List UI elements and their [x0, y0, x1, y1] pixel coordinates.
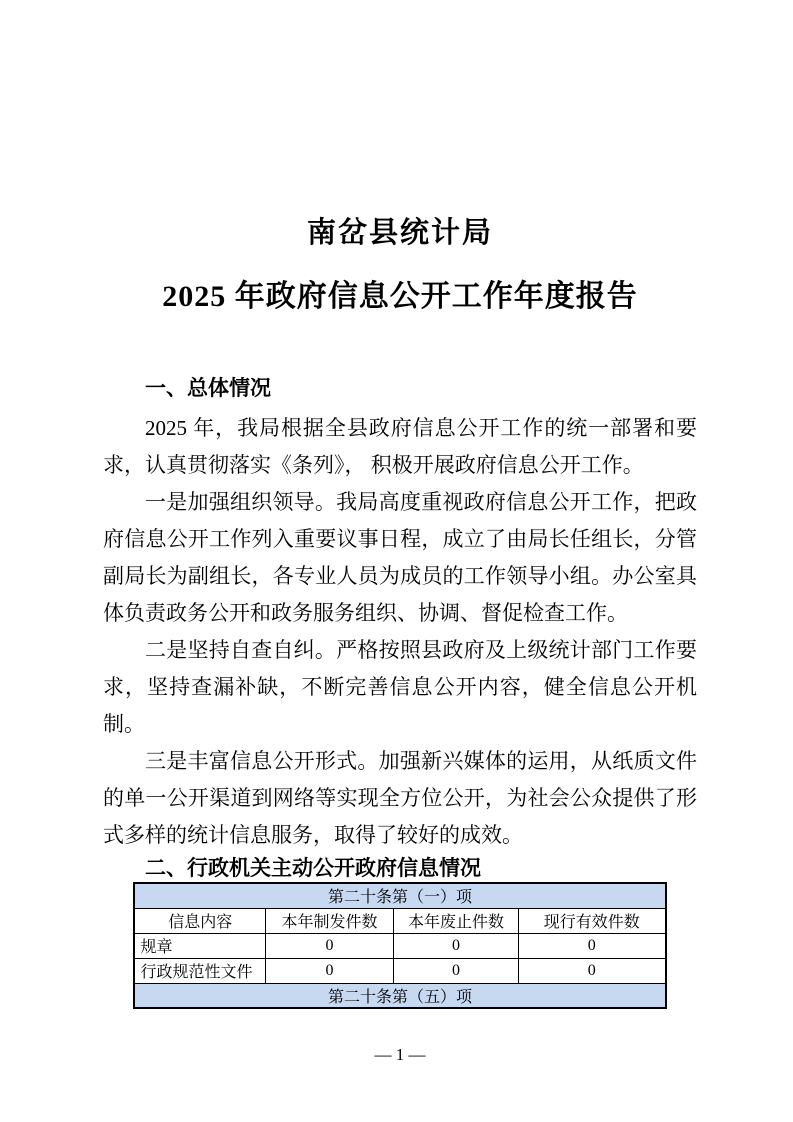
- document-page: 南岔县统计局 2025 年政府信息公开工作年度报告 一、总体情况 2025 年，…: [0, 0, 793, 1122]
- table-cell-value: 0: [518, 933, 665, 958]
- section-heading-overview: 一、总体情况: [103, 376, 697, 402]
- section-heading-disclosure: 二、行政机关主动公开政府信息情况: [103, 856, 697, 882]
- page-content: 南岔县统计局 2025 年政府信息公开工作年度报告 一、总体情况 2025 年，…: [0, 0, 793, 1065]
- paragraph-channels: 三是丰富信息公开形式。加强新兴媒体的运用，从纸质文件的单一公开渠道到网络等实现全…: [103, 743, 697, 854]
- table-row-normative-documents: 行政规范性文件 0 0 0: [134, 958, 665, 983]
- table-cell-value: 0: [265, 933, 393, 958]
- paragraph-leadership: 一是加强组织领导。我局高度重视政府信息公开工作，把政府信息公开工作列入重要议事日…: [103, 484, 697, 632]
- table-header-info-content: 信息内容: [134, 908, 265, 933]
- table-band-row-bottom: 第二十条第（五）项: [134, 983, 665, 1008]
- table-header-row: 信息内容 本年制发件数 本年废止件数 现行有效件数: [134, 908, 665, 933]
- paragraph-self-check: 二是坚持自查自纠。严格按照县政府及上级统计部门工作要求，坚持查漏补缺，不断完善信…: [103, 632, 697, 743]
- paragraph-overview: 2025 年，我局根据全县政府信息公开工作的统一部署和要求，认真贯彻落实《条列》…: [103, 410, 697, 484]
- document-title: 南岔县统计局: [103, 216, 697, 250]
- table-band-top-label: 第二十条第（一）项: [134, 883, 665, 908]
- table-cell-value: 0: [393, 933, 518, 958]
- table-header-valid-count: 现行有效件数: [518, 908, 665, 933]
- table-header-issued-count: 本年制发件数: [265, 908, 393, 933]
- table-cell-value: 0: [393, 958, 518, 983]
- table-header-abolished-count: 本年废止件数: [393, 908, 518, 933]
- table-band-bottom-label: 第二十条第（五）项: [134, 983, 665, 1008]
- table-band-row-top: 第二十条第（一）项: [134, 883, 665, 908]
- document-subtitle: 2025 年政府信息公开工作年度报告: [103, 280, 697, 314]
- table-cell-value: 0: [265, 958, 393, 983]
- table-cell-label: 行政规范性文件: [134, 958, 265, 983]
- table-cell-value: 0: [518, 958, 665, 983]
- table-row-regulations: 规章 0 0 0: [134, 933, 665, 958]
- page-number: — 1 —: [103, 1045, 697, 1065]
- table-cell-label: 规章: [134, 933, 265, 958]
- disclosure-table: 第二十条第（一）项 信息内容 本年制发件数 本年废止件数 现行有效件数 规章 0…: [133, 882, 666, 1009]
